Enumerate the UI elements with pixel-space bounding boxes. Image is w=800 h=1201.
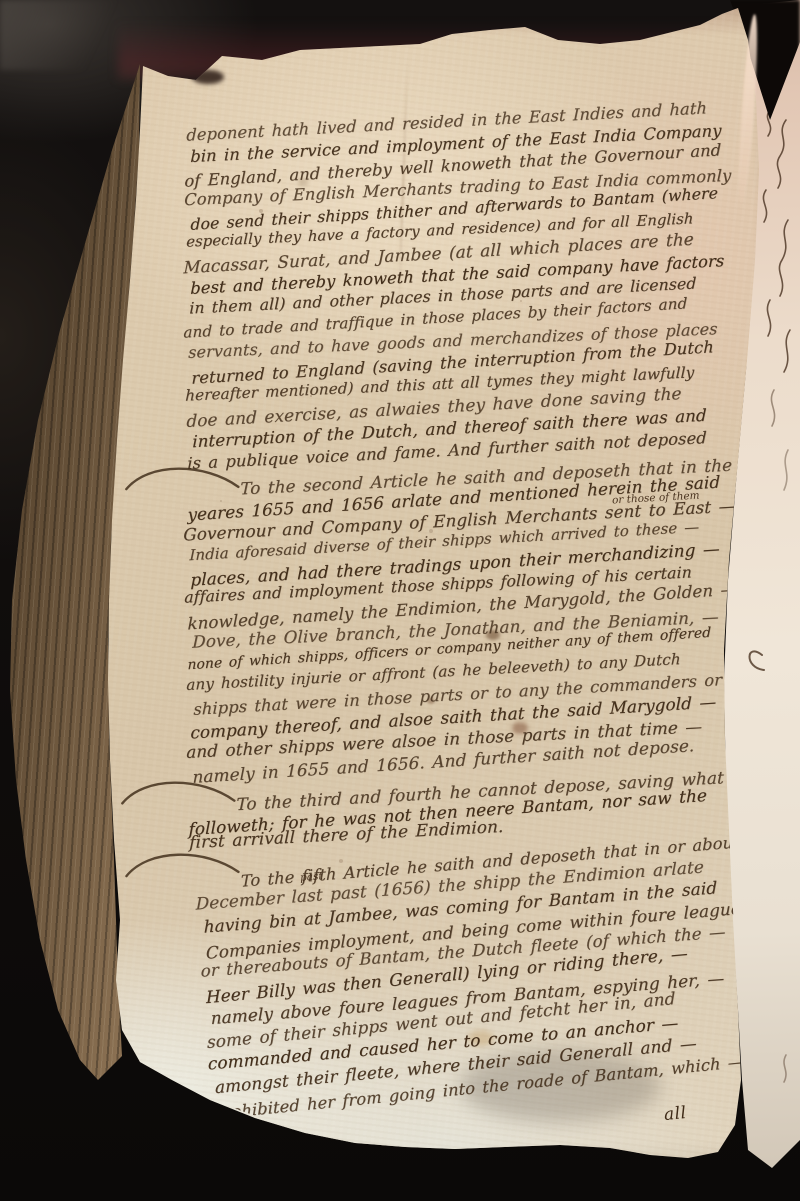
paragraph-flourish (117, 770, 239, 821)
paragraph-flourish (121, 457, 243, 508)
photograph-of-manuscript: all deponent hath lived and resided in t… (0, 0, 800, 1201)
catchword: all (663, 1103, 687, 1125)
paragraph-flourish (121, 842, 244, 895)
